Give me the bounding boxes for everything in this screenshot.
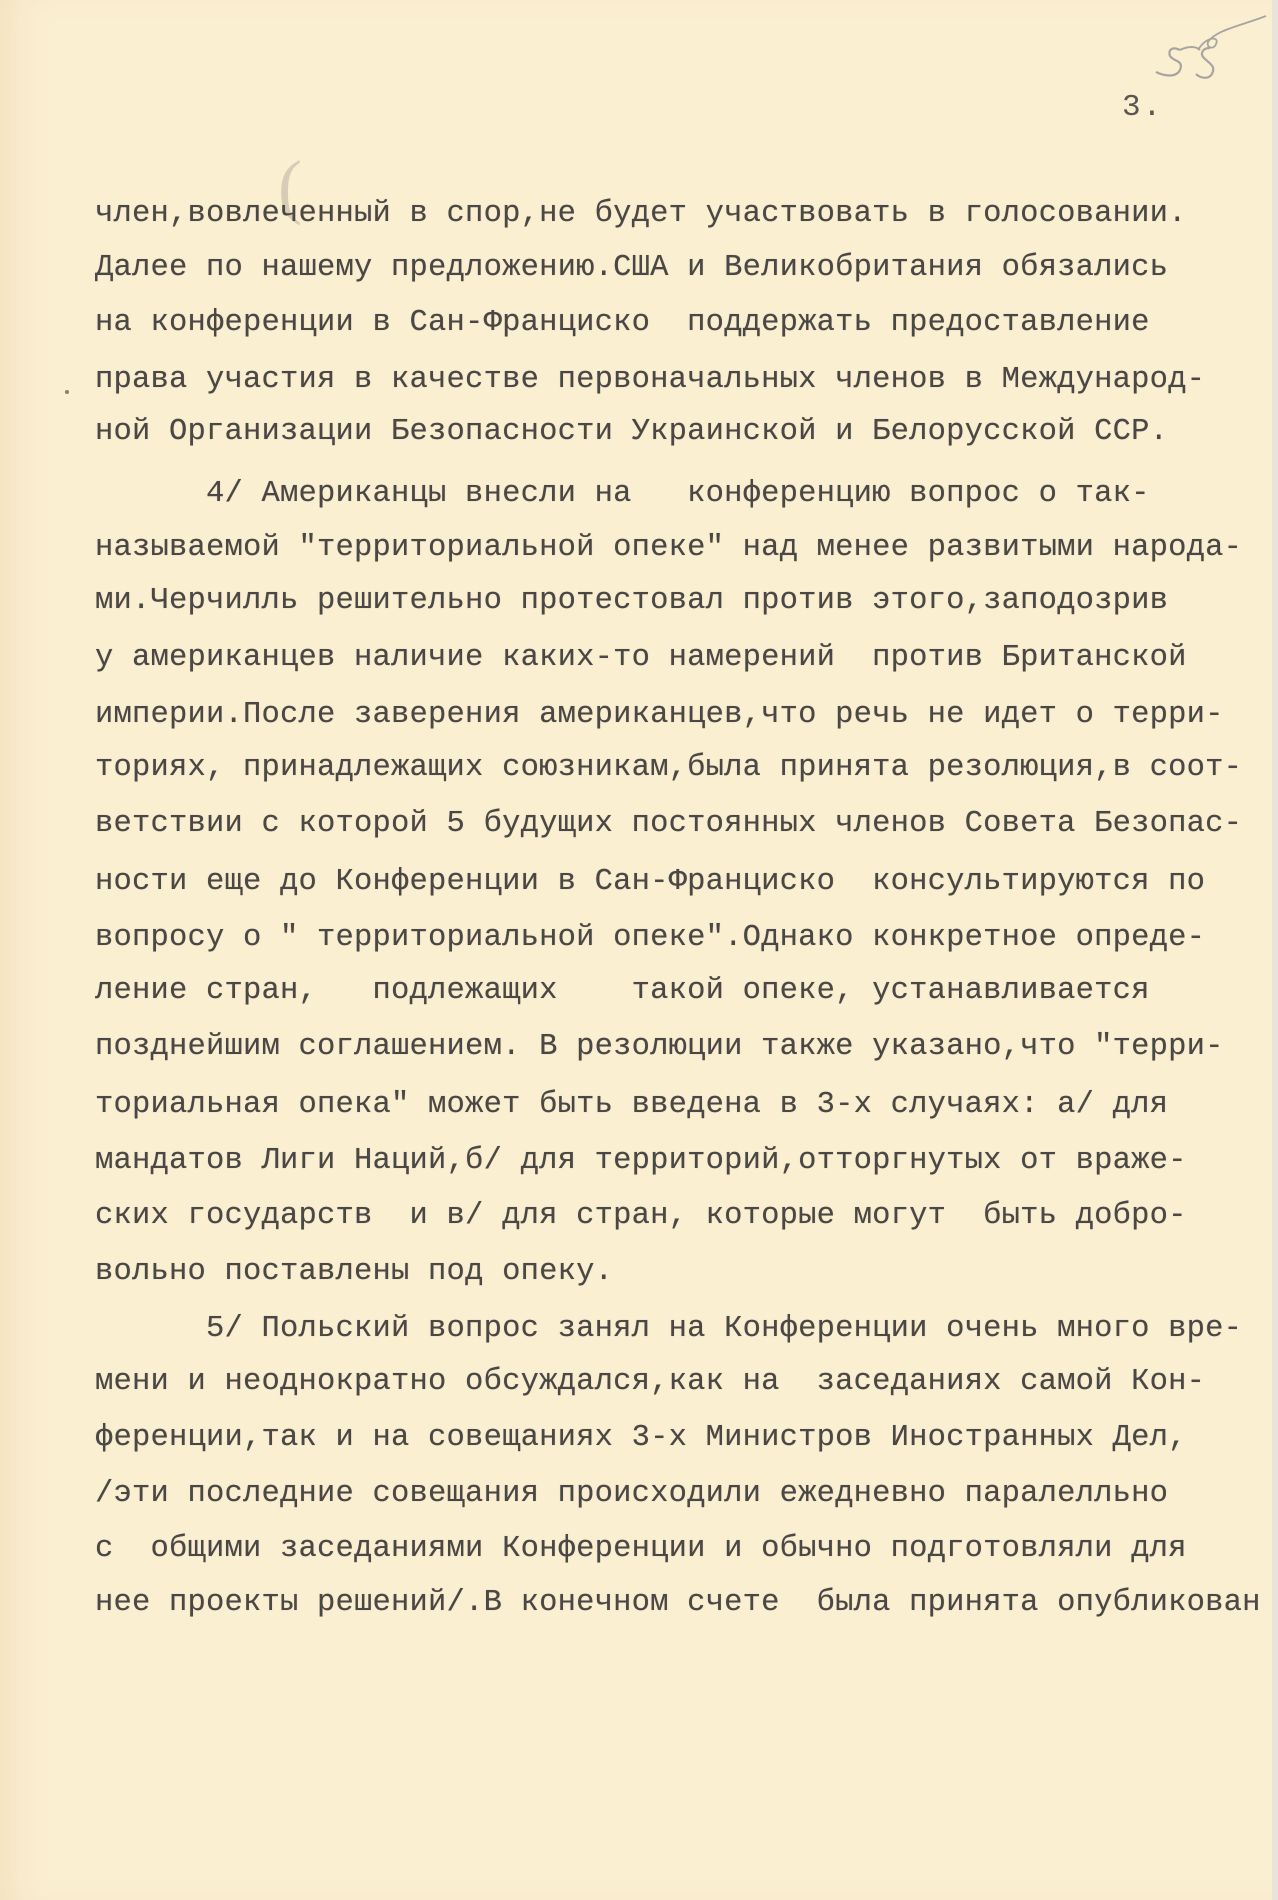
text-line: империи.После заверения американцев,что … (95, 697, 1224, 733)
text-line: мени и неоднократно обсуждался,как на за… (95, 1364, 1205, 1400)
text-line: мандатов Лиги Наций,б/ для территорий,от… (95, 1143, 1187, 1179)
text-line: ми.Черчилль решительно протестовал проти… (95, 583, 1168, 619)
text-line: 5/ Польский вопрос занял на Конференции … (95, 1311, 1242, 1347)
text-line: называемой "территориальной опеке" над м… (95, 530, 1242, 566)
text-line: позднейшим соглашением. В резолюции такж… (95, 1029, 1224, 1065)
handwritten-folio-number (1150, 10, 1270, 80)
text-line: ной Организации Безопасности Украинской … (95, 414, 1168, 450)
text-line: ториях, принадлежащих союзникам,была при… (95, 750, 1242, 786)
text-line: ториальная опека" может быть введена в 3… (95, 1087, 1168, 1123)
page-number: 3. (1122, 90, 1163, 125)
handwritten-55-icon (1150, 10, 1270, 80)
text-line: /эти последние совещания происходили еже… (95, 1476, 1168, 1512)
text-line: с общими заседаниями Конференции и обычн… (95, 1531, 1187, 1567)
text-line: вольно поставлены под опеку. (95, 1254, 613, 1290)
margin-dot-mark (65, 390, 69, 394)
paper-edge (1272, 0, 1278, 1900)
text-line: нее проекты решений/.В конечном счете бы… (95, 1585, 1261, 1621)
text-line: Далее по нашему предложению.США и Велико… (95, 250, 1168, 286)
text-line: 4/ Американцы внесли на конференцию вопр… (95, 476, 1150, 512)
text-line: член,вовлеченный в спор,не будет участво… (95, 196, 1187, 232)
text-line: на конференции в Сан-Франциско поддержат… (95, 305, 1150, 341)
text-line: ности еще до Конференции в Сан-Франциско… (95, 864, 1205, 900)
document-page: 3. ( член,вовлеченный в спор,не будет уч… (0, 0, 1272, 1900)
text-line: права участия в качестве первоначальных … (95, 362, 1205, 398)
text-line: ление стран, подлежащих такой опеке, уст… (95, 973, 1150, 1009)
text-line: вопросу о " территориальной опеке".Однак… (95, 920, 1205, 956)
text-line: ских государств и в/ для стран, которые … (95, 1198, 1187, 1234)
text-line: у американцев наличие каких-то намерений… (95, 640, 1187, 676)
text-line: ветствии с которой 5 будущих постоянных … (95, 806, 1242, 842)
text-line: ференции,так и на совещаниях 3-х Министр… (95, 1420, 1187, 1456)
